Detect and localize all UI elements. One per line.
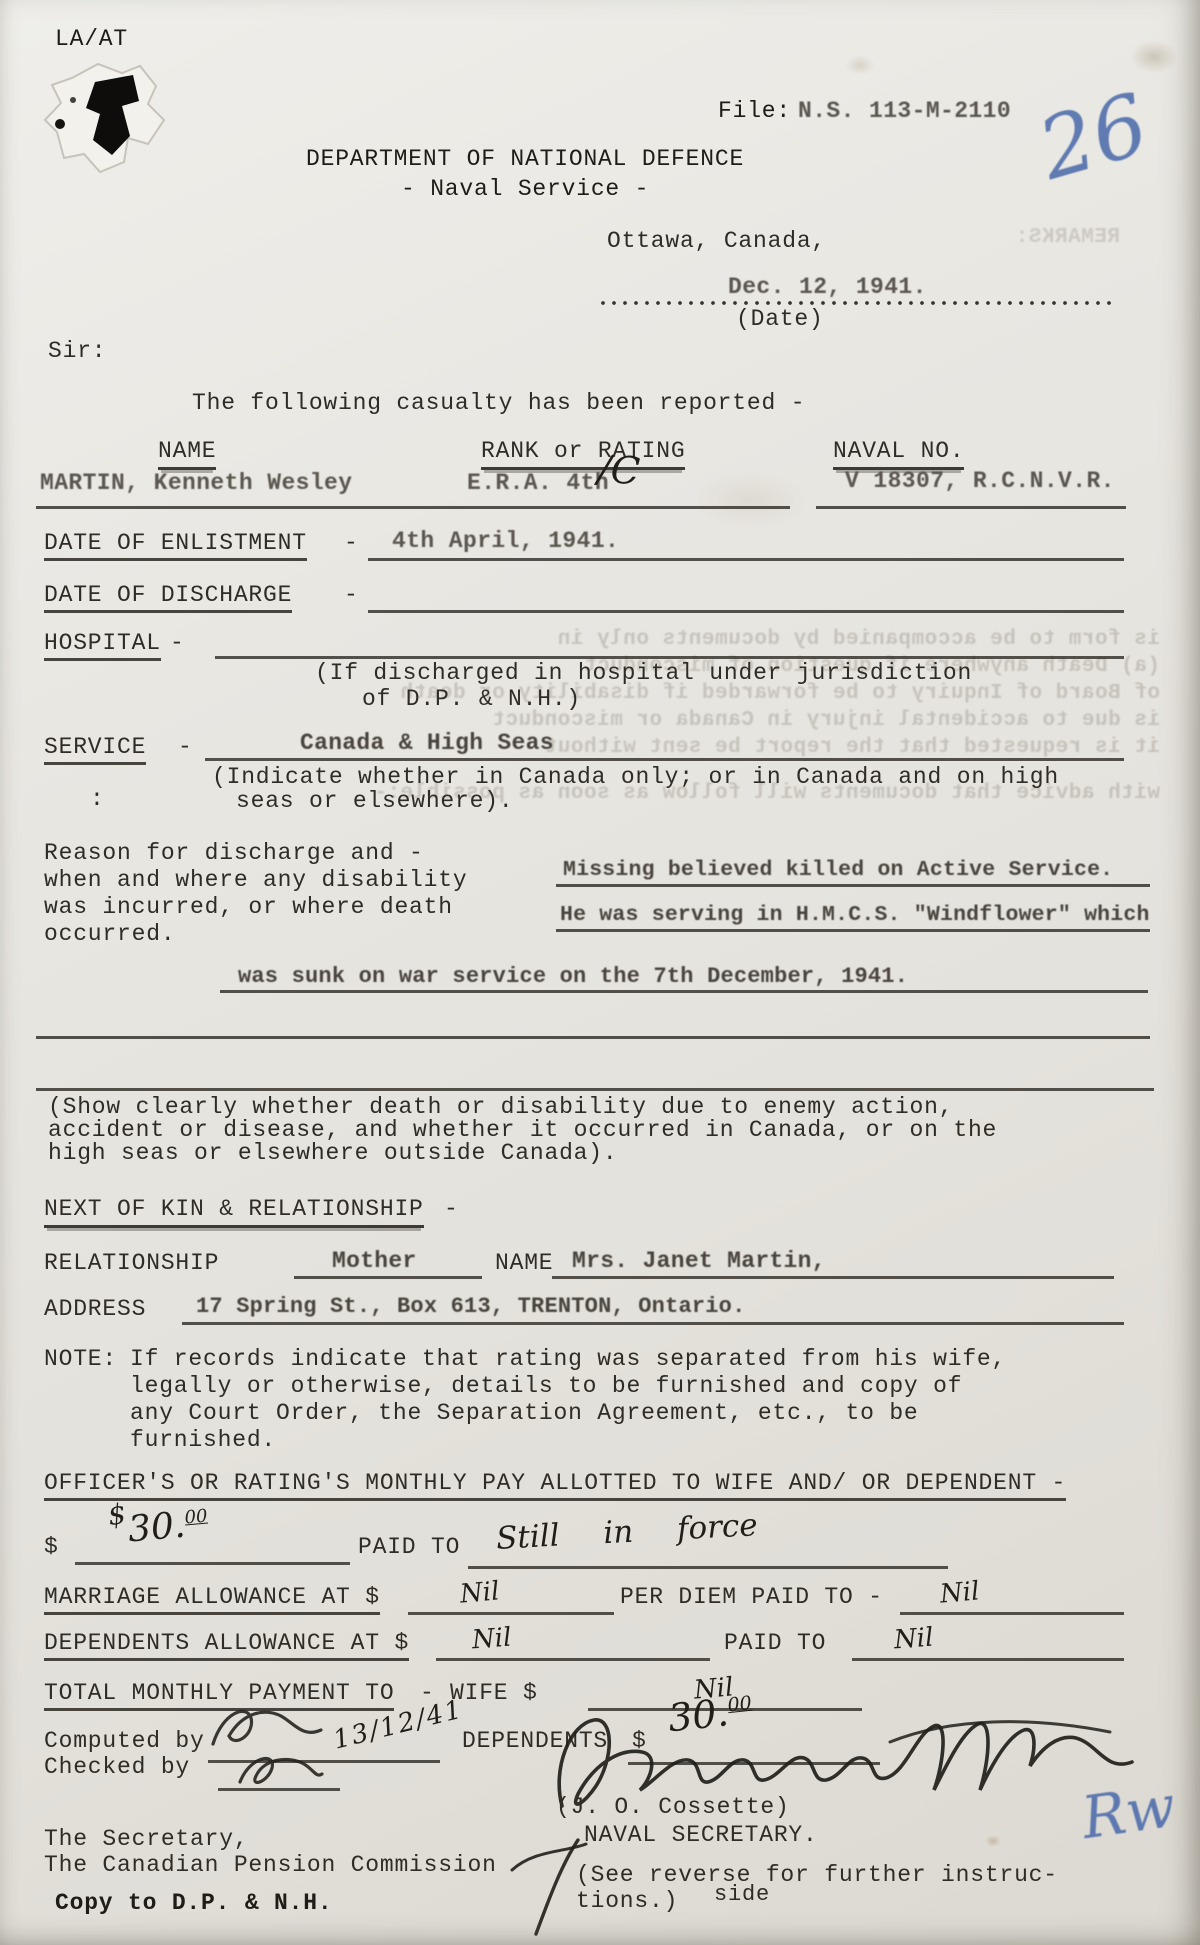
date-caption: (Date): [736, 306, 824, 332]
enlistment-dash: -: [344, 530, 359, 556]
see-reverse-line-1: (See reverse for further instruc-: [576, 1862, 1058, 1888]
note-line-4: furnished.: [130, 1427, 276, 1453]
casualty-naval-no: V 18307, R.C.N.V.R.: [845, 468, 1115, 494]
paid-to-value: Still in force: [495, 1507, 758, 1557]
paid-to-label: PAID TO: [358, 1534, 460, 1560]
rule: [468, 1566, 948, 1569]
service-note-1: (Indicate whether in Canada only; or in …: [212, 764, 1059, 790]
naval-no-header: NAVAL NO.: [833, 438, 964, 464]
rule: [215, 656, 1124, 659]
rank-header: RANK or RATING: [481, 438, 685, 464]
dep-paid-to-value: Nil: [893, 1623, 934, 1656]
hospital-dash: -: [170, 630, 185, 656]
relationship-value: Mother: [332, 1248, 417, 1274]
rule: [182, 1322, 1124, 1325]
rule: [408, 1612, 614, 1615]
reason-line-1: Reason for discharge and -: [44, 840, 424, 866]
ghost-line: it is requested that the report be sent …: [450, 736, 1160, 759]
computed-by-label: Computed by: [44, 1728, 205, 1754]
enlistment-label: DATE OF ENLISTMENT: [44, 530, 307, 556]
see-reverse-insert: side: [714, 1882, 770, 1907]
corner-code: LA/AT: [55, 26, 128, 52]
per-diem-label: PER DIEM PAID TO -: [620, 1584, 883, 1610]
amount-dollar-sign: $: [44, 1534, 59, 1560]
scanned-letter-page: LA/AT File: N.S. 113-M-2110 26 DEPARTMEN…: [0, 0, 1200, 1945]
relationship-label: RELATIONSHIP: [44, 1250, 219, 1276]
copy-distribution-line: Copy to D.P. & N.H.: [55, 1890, 332, 1916]
reason-line-4: occurred.: [44, 921, 175, 947]
service-note-colon: :: [90, 786, 105, 812]
show-note-3: high seas or elsewhere outside Canada).: [48, 1140, 618, 1166]
note-line-1: If records indicate that rating was sepa…: [130, 1346, 1006, 1372]
service-note-2: seas or elsewhere).: [236, 788, 513, 814]
date-value: Dec. 12, 1941.: [728, 274, 927, 300]
rank-annotation: /C: [597, 447, 642, 494]
department-title: DEPARTMENT OF NATIONAL DEFENCE: [306, 146, 744, 172]
rule: [205, 758, 1124, 761]
salutation: Sir:: [48, 338, 106, 364]
file-number: N.S. 113-M-2110: [798, 98, 1011, 124]
rule: [75, 1562, 350, 1565]
enlistment-value: 4th April, 1941.: [392, 528, 619, 554]
rule: [436, 1658, 710, 1661]
pay-heading: OFFICER'S OR RATING'S MONTHLY PAY ALLOTT…: [44, 1470, 1066, 1496]
city-line: Ottawa, Canada,: [607, 228, 826, 254]
blue-pencil-mark-top: 26: [1029, 75, 1159, 199]
see-reverse-line-2: tions.): [576, 1888, 678, 1914]
reason-value-3: was sunk on war service on the 7th Decem…: [238, 964, 908, 989]
paper-stain: [690, 470, 810, 530]
reason-value-2: He was serving in H.M.C.S. "Windflower" …: [560, 903, 1150, 928]
marriage-value: Nil: [459, 1576, 501, 1609]
rule: [36, 506, 790, 509]
rule: [220, 990, 1148, 993]
intro-line: The following casualty has been reported…: [192, 390, 805, 416]
marriage-label: MARRIAGE ALLOWANCE AT $: [44, 1584, 380, 1610]
service-subtitle: - Naval Service -: [401, 176, 649, 202]
service-label: SERVICE: [44, 734, 146, 760]
address-label: ADDRESS: [44, 1296, 146, 1322]
per-diem-value: Nil: [939, 1576, 981, 1609]
kin-name-label: NAME: [495, 1250, 553, 1276]
discharge-dash: -: [344, 582, 359, 608]
dependents-allowance-value: Nil: [471, 1623, 512, 1656]
service-dash: -: [178, 734, 193, 760]
addressee-line-2: The Canadian Pension Commission: [44, 1852, 497, 1878]
dependents-allowance-label: DEPENDENTS ALLOWANCE AT $: [44, 1630, 409, 1656]
address-value: 17 Spring St., Box 613, TRENTON, Ontario…: [196, 1294, 746, 1319]
service-value: Canada & High Seas: [300, 730, 554, 756]
note-label: NOTE:: [44, 1346, 117, 1372]
rule: [368, 558, 1124, 561]
addressee-line-1: The Secretary,: [44, 1826, 248, 1852]
paper-stain: [1130, 40, 1178, 74]
reason-line-2: when and where any disability: [44, 867, 467, 893]
dep-paid-to-label: PAID TO: [724, 1630, 826, 1656]
discharge-label: DATE OF DISCHARGE: [44, 582, 292, 608]
rule: [294, 1276, 482, 1279]
reason-line-3: was incurred, or where death: [44, 894, 453, 920]
paper-stain: [845, 55, 875, 75]
ghost-line: is due to accidental injury in Canada or…: [450, 709, 1160, 732]
rule: [900, 1612, 1124, 1615]
rule: [552, 1276, 1114, 1279]
name-header: NAME: [158, 438, 216, 464]
note-line-3: any Court Order, the Separation Agreemen…: [130, 1400, 919, 1426]
note-line-2: legally or otherwise, details to be furn…: [130, 1373, 962, 1399]
handwritten-dollar: $: [106, 1497, 128, 1532]
ghost-remarks: REMARKS:: [950, 226, 1120, 249]
signature-name: (J. O. Cossette): [556, 1794, 790, 1820]
casualty-name: MARTIN, Kenneth Wesley: [40, 470, 352, 496]
rule: [852, 1658, 1124, 1661]
blue-pencil-mark-bottom: Rw: [1078, 1772, 1180, 1852]
casualty-rank: E.R.A. 4th: [467, 470, 609, 496]
ghost-line: is form to be accompanied by documents o…: [450, 628, 1160, 651]
rule: [556, 884, 1150, 887]
kin-heading-dash: -: [444, 1196, 459, 1222]
hospital-note-1: (If discharged in hospital under jurisdi…: [315, 660, 972, 686]
rule: [368, 610, 1124, 613]
handwritten-amount: 30.00: [126, 1503, 209, 1551]
paper-stain: [985, 1835, 1001, 1847]
rule: [36, 1088, 1154, 1091]
checked-by-label: Checked by: [44, 1754, 190, 1780]
kin-heading: NEXT OF KIN & RELATIONSHIP: [44, 1196, 424, 1222]
rule: [816, 506, 1126, 509]
date-dotted-line: [600, 300, 1118, 306]
total-wife-label: WIFE $: [450, 1680, 538, 1706]
reason-value-1: Missing believed killed on Active Servic…: [563, 858, 1113, 883]
signature-title: NAVAL SECRETARY.: [584, 1822, 818, 1848]
hospital-label: HOSPITAL: [44, 630, 161, 656]
file-label: File:: [718, 98, 791, 124]
rule: [36, 1036, 1150, 1039]
torn-hole: [40, 58, 190, 180]
hospital-note-2: of D.P. & N.H.): [362, 686, 581, 712]
rule: [218, 1788, 340, 1791]
kin-name-value: Mrs. Janet Martin,: [572, 1248, 826, 1274]
rule: [556, 929, 1150, 932]
